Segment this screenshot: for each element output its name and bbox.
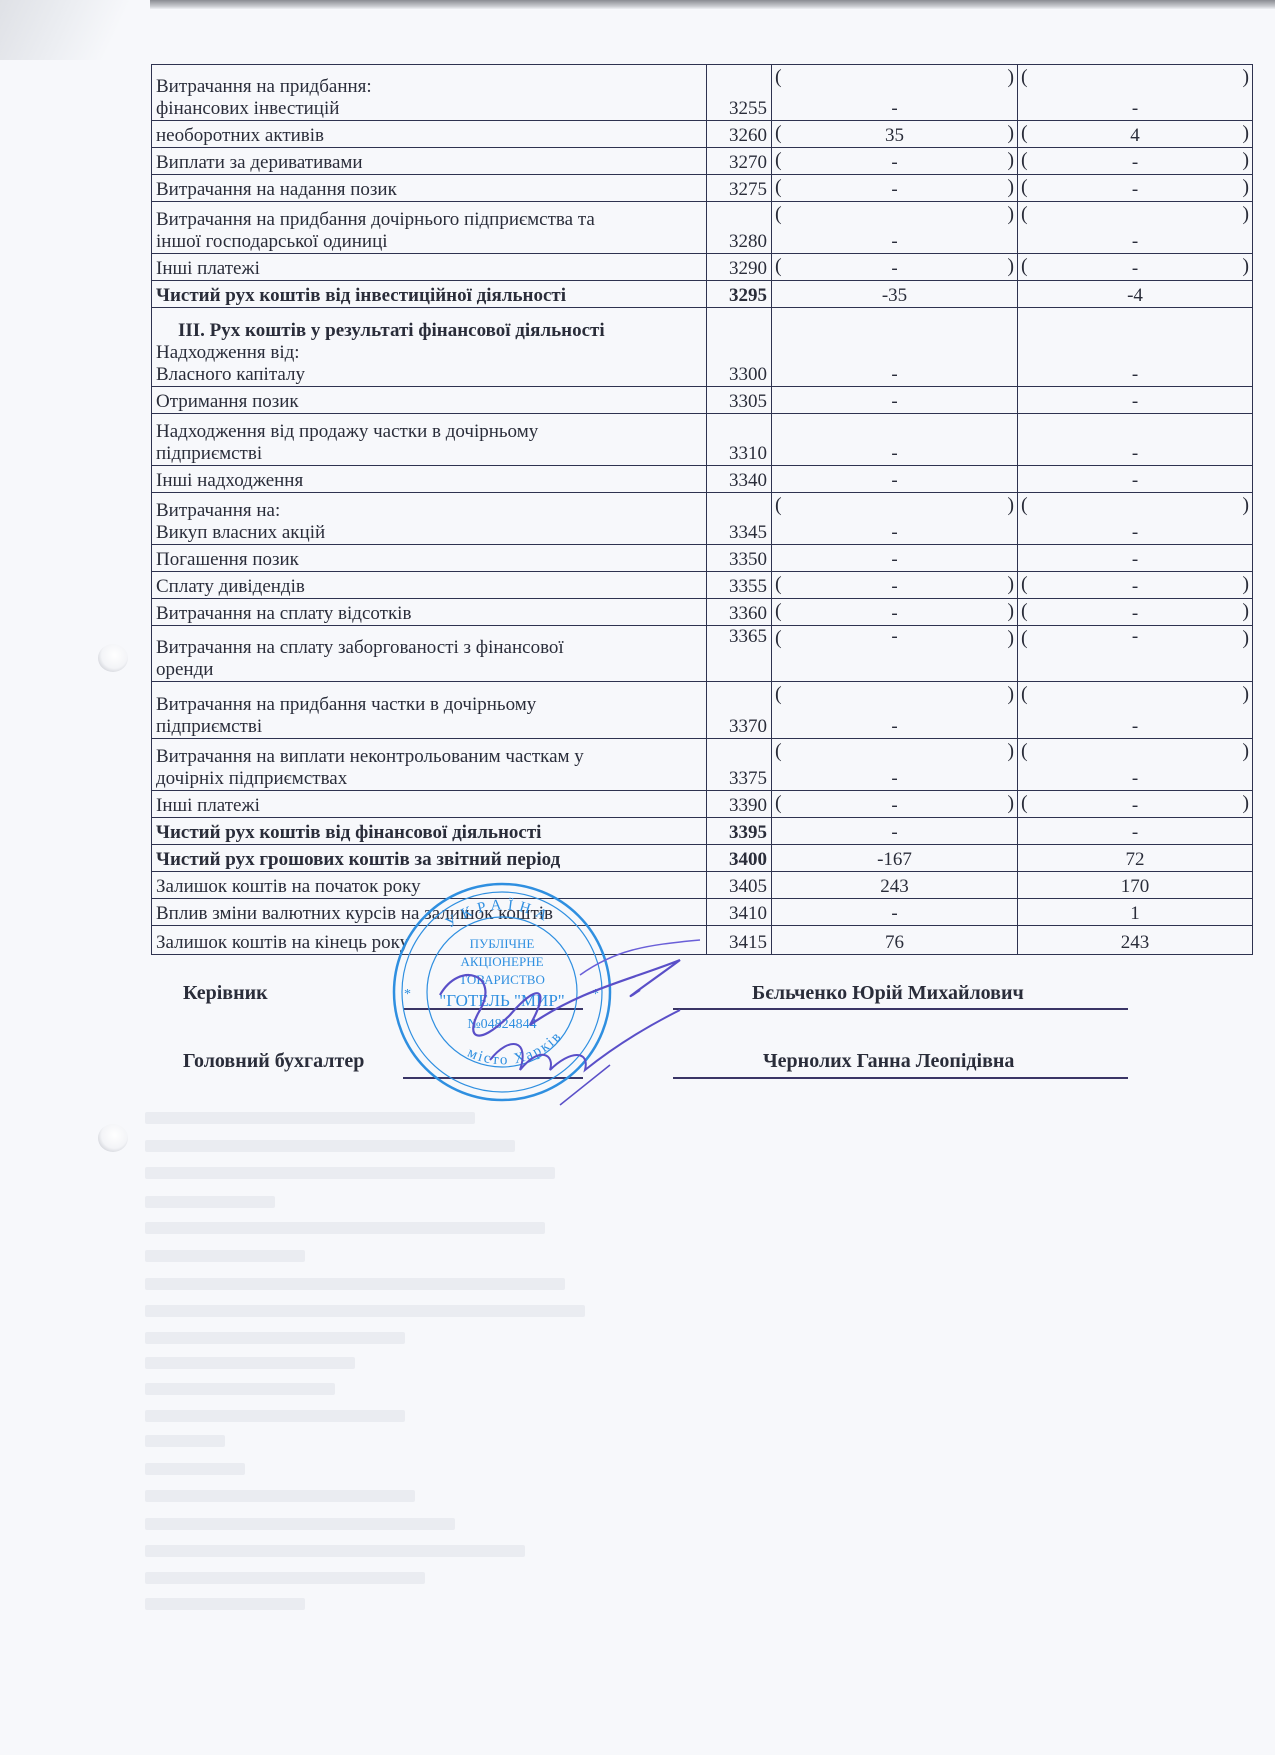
director-name: Бєльченко Юрій Михайлович	[752, 982, 1024, 1005]
cell-value: 1	[1130, 903, 1140, 924]
paren-close: )	[1007, 65, 1014, 89]
value-current-period: -	[772, 414, 1018, 466]
row-code: 3410	[707, 899, 772, 926]
cell-value: -	[891, 795, 897, 816]
cell-value: -	[891, 443, 897, 464]
bleed-through-line	[145, 1383, 335, 1395]
row-label: Витрачання на придбання дочірнього підпр…	[152, 202, 707, 254]
row-code: 3310	[707, 414, 772, 466]
cell-value: -	[1132, 231, 1138, 252]
row-label-line: Чистий рух коштів від фінансової діяльно…	[156, 822, 702, 844]
value-previous-period: -	[1018, 414, 1253, 466]
row-label: Сплату дивідендів	[152, 572, 707, 599]
table-row: Витрачання на сплату відсотків3360()-()-	[152, 599, 1253, 626]
paren-close: )	[1242, 202, 1249, 226]
paren-close: )	[1007, 626, 1014, 650]
bleed-through-line	[145, 1518, 455, 1530]
paren-open: (	[1021, 65, 1028, 89]
cell-value: -	[891, 364, 897, 385]
paren-close: )	[1242, 65, 1249, 89]
paren-close: )	[1007, 175, 1014, 199]
row-label: Інші платежі	[152, 254, 707, 281]
value-current-period: ()-	[772, 148, 1018, 175]
paren-open: (	[1021, 121, 1028, 145]
paren-close: )	[1242, 254, 1249, 278]
table-row: Отримання позик3305--	[152, 387, 1253, 414]
paren-open: (	[1021, 175, 1028, 199]
row-label-line: Викуп власних акцій	[156, 522, 702, 544]
row-label-line: Витрачання на надання позик	[156, 179, 702, 201]
paren-close: )	[1007, 121, 1014, 145]
row-label-line: Витрачання на виплати неконтрольованим ч…	[156, 746, 702, 768]
bleed-through-line	[145, 1222, 545, 1234]
row-code: 3395	[707, 818, 772, 845]
value-current-period: ()-	[772, 791, 1018, 818]
row-label: Витрачання на придбання:фінансових інвес…	[152, 65, 707, 121]
cell-value: -	[1132, 576, 1138, 597]
value-current-period: -167	[772, 845, 1018, 872]
paren-open: (	[775, 682, 782, 706]
row-code: 3405	[707, 872, 772, 899]
table-row: Залишок коштів на початок року3405243170	[152, 872, 1253, 899]
cell-value: -	[1132, 98, 1138, 119]
paren-close: )	[1007, 254, 1014, 278]
cell-value: -	[891, 522, 897, 543]
bleed-through-line	[145, 1490, 415, 1502]
row-label-line: Сплату дивідендів	[156, 576, 702, 598]
value-previous-period: ()-	[1018, 739, 1253, 791]
value-current-period: ()-	[772, 493, 1018, 545]
row-label: необоротних активів	[152, 121, 707, 148]
value-previous-period: 243	[1018, 926, 1253, 955]
value-current-period: 243	[772, 872, 1018, 899]
value-previous-period: ()-	[1018, 254, 1253, 281]
paren-close: )	[1242, 739, 1249, 763]
value-previous-period: ()-	[1018, 599, 1253, 626]
cell-value: -	[1132, 768, 1138, 789]
row-label: Погашення позик	[152, 545, 707, 572]
bleed-through-line	[145, 1332, 405, 1344]
paren-open: (	[1021, 202, 1028, 226]
cell-value: -	[891, 258, 897, 279]
cell-value: -	[891, 231, 897, 252]
value-previous-period: -	[1018, 466, 1253, 493]
row-code: 3340	[707, 466, 772, 493]
paren-close: )	[1007, 572, 1014, 596]
row-label-line: Витрачання на придбання частки в дочірнь…	[156, 694, 702, 716]
cell-value: 72	[1126, 849, 1145, 870]
row-label-line: дочірніх підприємствах	[156, 768, 702, 790]
row-code: 3275	[707, 175, 772, 202]
table-row: Чистий рух грошових коштів за звітний пе…	[152, 845, 1253, 872]
bleed-through-line	[145, 1410, 405, 1422]
cell-value: -	[891, 470, 897, 491]
scan-shadow	[0, 0, 160, 60]
row-label-line: Інші платежі	[156, 258, 702, 280]
value-current-period: ()-	[772, 202, 1018, 254]
row-label: Інші надходження	[152, 466, 707, 493]
value-previous-period: ()-	[1018, 148, 1253, 175]
cell-value: -	[891, 603, 897, 624]
cell-value: -35	[882, 285, 907, 306]
cell-value: -	[1132, 258, 1138, 279]
row-label: Отримання позик	[152, 387, 707, 414]
paren-open: (	[1021, 572, 1028, 596]
row-label-line: Чистий рух грошових коштів за звітний пе…	[156, 849, 702, 871]
paren-open: (	[1021, 682, 1028, 706]
row-code: 3295	[707, 281, 772, 308]
paren-close: )	[1007, 202, 1014, 226]
value-current-period: -	[772, 466, 1018, 493]
cell-value: -	[1132, 179, 1138, 200]
cell-value: -	[1132, 795, 1138, 816]
cell-value: -	[1132, 626, 1138, 647]
value-current-period: ()-	[772, 254, 1018, 281]
value-previous-period: -	[1018, 308, 1253, 387]
paren-close: )	[1242, 599, 1249, 623]
bleed-through-line	[145, 1463, 245, 1475]
table-row: Витрачання на придбання частки в дочірнь…	[152, 682, 1253, 739]
row-label: Виплати за деривативами	[152, 148, 707, 175]
paren-open: (	[1021, 599, 1028, 623]
row-code: 3400	[707, 845, 772, 872]
table-row: Чистий рух коштів від фінансової діяльно…	[152, 818, 1253, 845]
cell-value: -	[1132, 822, 1138, 843]
paren-open: (	[775, 599, 782, 623]
row-label-line: Надходження від:	[156, 342, 702, 364]
table-row: Витрачання на сплату заборгованості з фі…	[152, 626, 1253, 682]
bleed-through-line	[145, 1357, 355, 1369]
value-previous-period: 72	[1018, 845, 1253, 872]
table-row: Надходження від продажу частки в дочірнь…	[152, 414, 1253, 466]
punch-hole	[98, 1124, 128, 1152]
bleed-through-line	[145, 1435, 225, 1447]
bleed-through-line	[145, 1278, 565, 1290]
table-row: Інші надходження3340--	[152, 466, 1253, 493]
value-previous-period: ()-	[1018, 572, 1253, 599]
row-code: 3290	[707, 254, 772, 281]
accountant-title: Головний бухгалтер	[183, 1050, 364, 1073]
table-row: Витрачання на придбання:фінансових інвес…	[152, 65, 1253, 121]
cell-value: -4	[1127, 285, 1143, 306]
row-label: Витрачання на надання позик	[152, 175, 707, 202]
bleed-through-line	[145, 1196, 275, 1208]
row-code: 3415	[707, 926, 772, 955]
value-current-period: ()-	[772, 682, 1018, 739]
table-row: необоротних активів3260()35()4	[152, 121, 1253, 148]
scan-edge	[150, 0, 1275, 9]
value-previous-period: ()-	[1018, 175, 1253, 202]
row-label-line: підприємстві	[156, 443, 702, 465]
value-current-period: ()-	[772, 572, 1018, 599]
row-label-line: іншої господарської одиниці	[156, 231, 702, 253]
value-previous-period: -	[1018, 545, 1253, 572]
row-label-line: оренди	[156, 659, 702, 681]
cell-value: -	[891, 576, 897, 597]
cell-value: -167	[877, 849, 912, 870]
row-label: Витрачання на сплату заборгованості з фі…	[152, 626, 707, 682]
paren-close: )	[1007, 493, 1014, 517]
cash-flow-table: Витрачання на придбання:фінансових інвес…	[151, 64, 1253, 955]
table-row: Витрачання на виплати неконтрольованим ч…	[152, 739, 1253, 791]
table-row: Сплату дивідендів3355()-()-	[152, 572, 1253, 599]
row-code: 3255	[707, 65, 772, 121]
cell-value: -	[1132, 391, 1138, 412]
paren-open: (	[1021, 254, 1028, 278]
paren-open: (	[775, 572, 782, 596]
row-label: Надходження від продажу частки в дочірнь…	[152, 414, 707, 466]
paren-close: )	[1242, 493, 1249, 517]
paren-open: (	[775, 148, 782, 172]
cell-value: -	[891, 716, 897, 737]
paren-close: )	[1242, 148, 1249, 172]
cell-value: -	[1132, 364, 1138, 385]
value-current-period: ()35	[772, 121, 1018, 148]
row-label-line: необоротних активів	[156, 125, 702, 147]
row-code: 3370	[707, 682, 772, 739]
table-row: Витрачання на надання позик3275()-()-	[152, 175, 1253, 202]
value-previous-period: ()-	[1018, 202, 1253, 254]
director-title: Керівник	[183, 982, 268, 1005]
row-label: Чистий рух коштів від інвестиційної діял…	[152, 281, 707, 308]
row-label-line: Власного капіталу	[156, 364, 702, 386]
table-row: Витрачання на:Викуп власних акцій3345()-…	[152, 493, 1253, 545]
bleed-through-line	[145, 1305, 585, 1317]
bleed-through-line	[145, 1140, 515, 1152]
row-label-line: Витрачання на сплату відсотків	[156, 603, 702, 625]
table-row: ІІІ. Рух коштів у результаті фінансової …	[152, 308, 1253, 387]
paren-close: )	[1242, 572, 1249, 596]
row-code: 3365	[707, 626, 772, 682]
paren-close: )	[1242, 682, 1249, 706]
row-label: Чистий рух грошових коштів за звітний пе…	[152, 845, 707, 872]
paren-open: (	[775, 65, 782, 89]
row-label-line: Інші надходження	[156, 470, 702, 492]
cell-value: -	[1132, 603, 1138, 624]
row-label-line: Витрачання на сплату заборгованості з фі…	[156, 637, 702, 659]
table-row: Погашення позик3350--	[152, 545, 1253, 572]
value-current-period: -	[772, 387, 1018, 414]
value-current-period: -	[772, 545, 1018, 572]
value-current-period: -	[772, 308, 1018, 387]
row-label-line: Надходження від продажу частки в дочірнь…	[156, 421, 702, 443]
value-current-period: ()-	[772, 739, 1018, 791]
handwritten-signature-icon	[380, 920, 710, 1110]
cell-value: -	[1132, 443, 1138, 464]
paren-open: (	[775, 121, 782, 145]
row-label: Інші платежі	[152, 791, 707, 818]
cell-value: 4	[1130, 125, 1140, 146]
paren-close: )	[1242, 791, 1249, 815]
value-previous-period: -4	[1018, 281, 1253, 308]
value-previous-period: 170	[1018, 872, 1253, 899]
bleed-through-line	[145, 1598, 305, 1610]
paren-close: )	[1007, 791, 1014, 815]
row-label-line: Витрачання на придбання дочірнього підпр…	[156, 209, 702, 231]
value-previous-period: ()-	[1018, 791, 1253, 818]
cell-value: 170	[1121, 876, 1150, 897]
table-row: Витрачання на придбання дочірнього підпр…	[152, 202, 1253, 254]
row-label-line: Погашення позик	[156, 549, 702, 571]
cell-value: 243	[880, 876, 909, 897]
cell-value: -	[1132, 470, 1138, 491]
value-previous-period: ()-	[1018, 626, 1253, 682]
cell-value: -	[891, 903, 897, 924]
cell-value: -	[891, 391, 897, 412]
value-previous-period: ()-	[1018, 493, 1253, 545]
cell-value: -	[891, 768, 897, 789]
row-code: 3345	[707, 493, 772, 545]
bleed-through-line	[145, 1112, 475, 1124]
paren-open: (	[1021, 493, 1028, 517]
paren-close: )	[1007, 682, 1014, 706]
paren-close: )	[1242, 626, 1249, 650]
paren-open: (	[775, 626, 782, 650]
section-title: ІІІ. Рух коштів у результаті фінансової …	[156, 320, 702, 342]
row-code: 3270	[707, 148, 772, 175]
director-name-line	[673, 1008, 1128, 1010]
bleed-through-line	[145, 1572, 425, 1584]
row-code: 3360	[707, 599, 772, 626]
cell-value: 243	[1121, 932, 1150, 953]
row-code: 3260	[707, 121, 772, 148]
paren-open: (	[1021, 148, 1028, 172]
row-code: 3280	[707, 202, 772, 254]
value-previous-period: ()-	[1018, 65, 1253, 121]
table-row: Виплати за деривативами3270()-()-	[152, 148, 1253, 175]
paren-open: (	[775, 739, 782, 763]
cell-value: -	[1132, 522, 1138, 543]
table-row: Інші платежі3390()-()-	[152, 791, 1253, 818]
value-current-period: ()-	[772, 626, 1018, 682]
cell-value: -	[891, 822, 897, 843]
row-code: 3375	[707, 739, 772, 791]
row-code: 3355	[707, 572, 772, 599]
paren-open: (	[775, 175, 782, 199]
cell-value: -	[1132, 152, 1138, 173]
row-label-line: Витрачання на:	[156, 500, 702, 522]
cell-value: -	[891, 98, 897, 119]
value-previous-period: 1	[1018, 899, 1253, 926]
cell-value: -	[891, 152, 897, 173]
row-label: Витрачання на виплати неконтрольованим ч…	[152, 739, 707, 791]
paren-open: (	[775, 493, 782, 517]
bleed-through-line	[145, 1545, 525, 1557]
row-code: 3300	[707, 308, 772, 387]
paren-open: (	[775, 791, 782, 815]
row-label-line: фінансових інвестицій	[156, 98, 702, 120]
cell-value: 76	[885, 932, 904, 953]
paren-close: )	[1242, 121, 1249, 145]
paren-open: (	[1021, 626, 1028, 650]
bleed-through-line	[145, 1167, 555, 1179]
value-current-period: ()-	[772, 599, 1018, 626]
cell-value: 35	[885, 125, 904, 146]
row-label-line: Чистий рух коштів від інвестиційної діял…	[156, 285, 702, 307]
row-code: 3305	[707, 387, 772, 414]
value-previous-period: ()-	[1018, 682, 1253, 739]
paren-open: (	[1021, 791, 1028, 815]
row-label-line: Виплати за деривативами	[156, 152, 702, 174]
cell-value: -	[891, 179, 897, 200]
table-row: Інші платежі3290()-()-	[152, 254, 1253, 281]
accountant-name: Чернолих Ганна Леопідівна	[763, 1050, 1014, 1073]
paren-open: (	[775, 254, 782, 278]
accountant-name-line	[673, 1077, 1128, 1079]
paren-close: )	[1007, 148, 1014, 172]
paren-close: )	[1007, 739, 1014, 763]
paren-open: (	[775, 202, 782, 226]
row-label: Чистий рух коштів від фінансової діяльно…	[152, 818, 707, 845]
cell-value: -	[1132, 549, 1138, 570]
value-current-period: -	[772, 818, 1018, 845]
row-label: Витрачання на придбання частки в дочірнь…	[152, 682, 707, 739]
paren-close: )	[1007, 599, 1014, 623]
cell-value: -	[1132, 716, 1138, 737]
row-label: ІІІ. Рух коштів у результаті фінансової …	[152, 308, 707, 387]
value-current-period: -35	[772, 281, 1018, 308]
row-label-line: Інші платежі	[156, 795, 702, 817]
row-code: 3390	[707, 791, 772, 818]
value-previous-period: ()4	[1018, 121, 1253, 148]
paren-open: (	[1021, 739, 1028, 763]
row-label: Витрачання на сплату відсотків	[152, 599, 707, 626]
value-previous-period: -	[1018, 818, 1253, 845]
bleed-through-line	[145, 1250, 305, 1262]
row-label-line: Витрачання на придбання:	[156, 76, 702, 98]
cell-value: -	[891, 626, 897, 647]
value-current-period: ()-	[772, 65, 1018, 121]
row-label-line: Отримання позик	[156, 391, 702, 413]
row-code: 3350	[707, 545, 772, 572]
paren-close: )	[1242, 175, 1249, 199]
value-current-period: -	[772, 899, 1018, 926]
value-current-period: 76	[772, 926, 1018, 955]
punch-hole	[98, 644, 128, 672]
value-current-period: ()-	[772, 175, 1018, 202]
cell-value: -	[891, 549, 897, 570]
value-previous-period: -	[1018, 387, 1253, 414]
row-label-line: підприємстві	[156, 716, 702, 738]
table-row: Чистий рух коштів від інвестиційної діял…	[152, 281, 1253, 308]
row-label: Витрачання на:Викуп власних акцій	[152, 493, 707, 545]
